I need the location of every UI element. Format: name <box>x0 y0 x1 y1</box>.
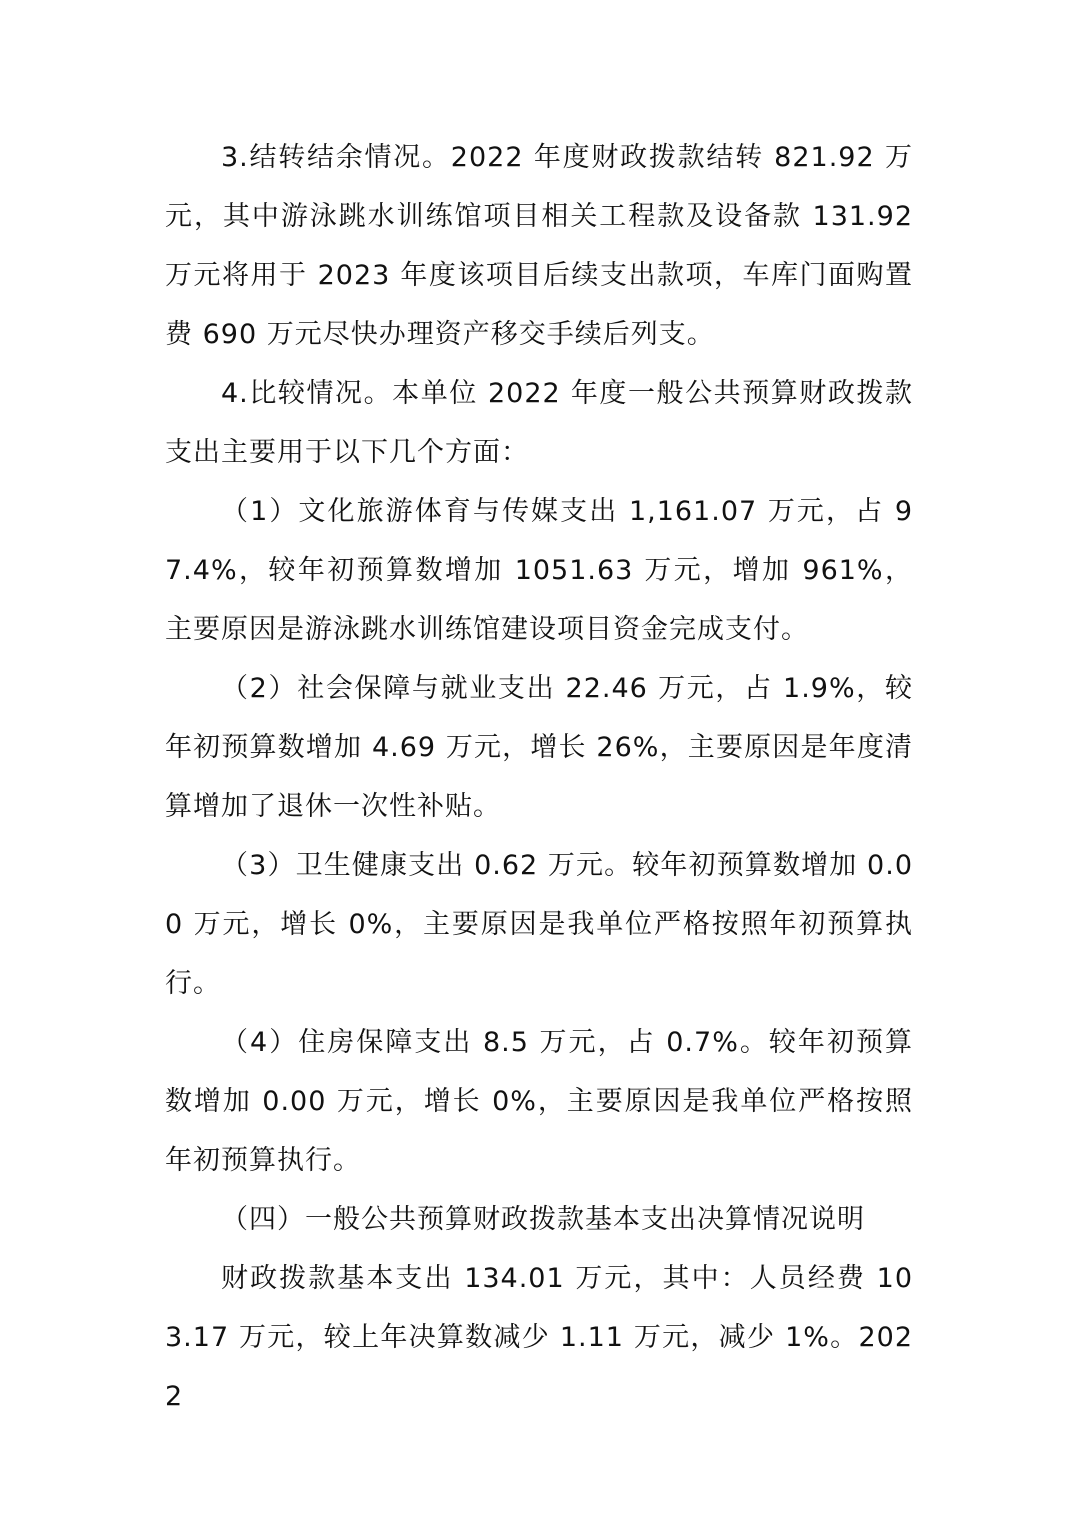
paragraph-item-3-health: （3）卫生健康支出 0.62 万元。较年初预算数增加 0.00 万元，增长 0%… <box>165 836 913 1013</box>
paragraph-basic-expenditure: 财政拨款基本支出 134.01 万元，其中：人员经费 103.17 万元，较上年… <box>165 1249 913 1426</box>
paragraph-item-1-culture-tourism: （1）文化旅游体育与传媒支出 1,161.07 万元，占 97.4%，较年初预算… <box>165 482 913 659</box>
paragraph-comparison: 4.比较情况。本单位 2022 年度一般公共预算财政拨款支出主要用于以下几个方面… <box>165 364 913 482</box>
section-heading-basic-expenditure: （四）一般公共预算财政拨款基本支出决算情况说明 <box>165 1190 913 1249</box>
document-page: 3.结转结余情况。2022 年度财政拨款结转 821.92 万元，其中游泳跳水训… <box>165 128 913 1426</box>
paragraph-item-4-housing: （4）住房保障支出 8.5 万元，占 0.7%。较年初预算数增加 0.00 万元… <box>165 1013 913 1190</box>
paragraph-carryover: 3.结转结余情况。2022 年度财政拨款结转 821.92 万元，其中游泳跳水训… <box>165 128 913 364</box>
paragraph-item-2-social-security: （2）社会保障与就业支出 22.46 万元，占 1.9%，较年初预算数增加 4.… <box>165 659 913 836</box>
